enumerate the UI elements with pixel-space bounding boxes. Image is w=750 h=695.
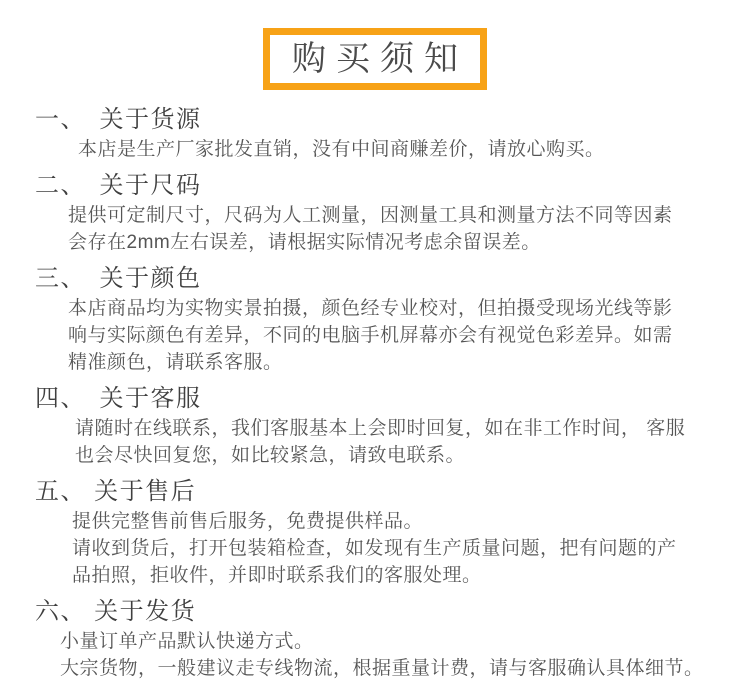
section-body: 本店是生产厂家批发直销，没有中间商赚差价，请放心购买。	[78, 136, 730, 163]
notice-line: 请随时在线联系，我们客服基本上会即时回复，如在非工作时间， 客服	[75, 415, 730, 442]
notice-line: 提供完整售前售后服务，免费提供样品。	[72, 508, 730, 535]
section-body: 提供可定制尺寸，尺码为人工测量，因测量工具和测量方法不同等因素 会存在2mm左右…	[68, 202, 730, 256]
section-body: 本店商品均为实物实景拍摄，颜色经专业校对，但拍摄受现场光线等影 响与实际颜色有差…	[68, 295, 730, 376]
purchase-notice-page: 购买须知 一、 关于货源 本店是生产厂家批发直销，没有中间商赚差价，请放心购买。…	[0, 0, 750, 695]
section-shipping: 六、 关于发货 小量订单产品默认快递方式。 大宗货物，一般建议走专线物流，根据重…	[35, 595, 730, 682]
section-heading: 二、 关于尺码	[35, 169, 730, 202]
page-title-box: 购买须知	[263, 28, 487, 90]
section-sizing: 二、 关于尺码 提供可定制尺寸，尺码为人工测量，因测量工具和测量方法不同等因素 …	[35, 169, 730, 256]
section-customer-service: 四、 关于客服 请随时在线联系，我们客服基本上会即时回复，如在非工作时间， 客服…	[35, 382, 730, 469]
section-color: 三、 关于颜色 本店商品均为实物实景拍摄，颜色经专业校对，但拍摄受现场光线等影 …	[35, 262, 730, 376]
section-heading: 一、 关于货源	[35, 103, 730, 136]
section-body: 提供完整售前售后服务，免费提供样品。 请收到货后，打开包装箱检查，如发现有生产质…	[72, 508, 730, 589]
section-supply-source: 一、 关于货源 本店是生产厂家批发直销，没有中间商赚差价，请放心购买。	[35, 103, 730, 163]
section-body: 请随时在线联系，我们客服基本上会即时回复，如在非工作时间， 客服 也会尽快回复您…	[75, 415, 730, 469]
notice-line: 本店是生产厂家批发直销，没有中间商赚差价，请放心购买。	[78, 136, 730, 163]
notice-line: 会存在2mm左右误差，请根据实际情况考虑余留误差。	[68, 229, 730, 256]
section-heading: 三、 关于颜色	[35, 262, 730, 295]
section-after-sales: 五、 关于售后 提供完整售前售后服务，免费提供样品。 请收到货后，打开包装箱检查…	[35, 475, 730, 589]
notice-line: 小量订单产品默认快递方式。	[60, 628, 730, 655]
notice-line: 本店商品均为实物实景拍摄，颜色经专业校对，但拍摄受现场光线等影	[68, 295, 730, 322]
section-heading: 四、 关于客服	[35, 382, 730, 415]
title-area: 购买须知	[0, 0, 750, 90]
notice-sections: 一、 关于货源 本店是生产厂家批发直销，没有中间商赚差价，请放心购买。 二、 关…	[0, 90, 750, 682]
notice-line: 品拍照，拒收件，并即时联系我们的客服处理。	[72, 562, 730, 589]
notice-line: 请收到货后，打开包装箱检查，如发现有生产质量问题，把有问题的产	[72, 535, 730, 562]
notice-line: 也会尽快回复您，如比较紧急，请致电联系。	[75, 442, 730, 469]
page-title: 购买须知	[292, 41, 468, 77]
section-body: 小量订单产品默认快递方式。 大宗货物，一般建议走专线物流，根据重量计费，请与客服…	[60, 628, 730, 682]
notice-line: 提供可定制尺寸，尺码为人工测量，因测量工具和测量方法不同等因素	[68, 202, 730, 229]
notice-line: 精准颜色，请联系客服。	[68, 349, 730, 376]
notice-line: 响与实际颜色有差异，不同的电脑手机屏幕亦会有视觉色彩差异。如需	[68, 322, 730, 349]
section-heading: 五、 关于售后	[35, 475, 730, 508]
section-heading: 六、 关于发货	[35, 595, 730, 628]
notice-line: 大宗货物，一般建议走专线物流，根据重量计费，请与客服确认具体细节。	[60, 655, 730, 682]
